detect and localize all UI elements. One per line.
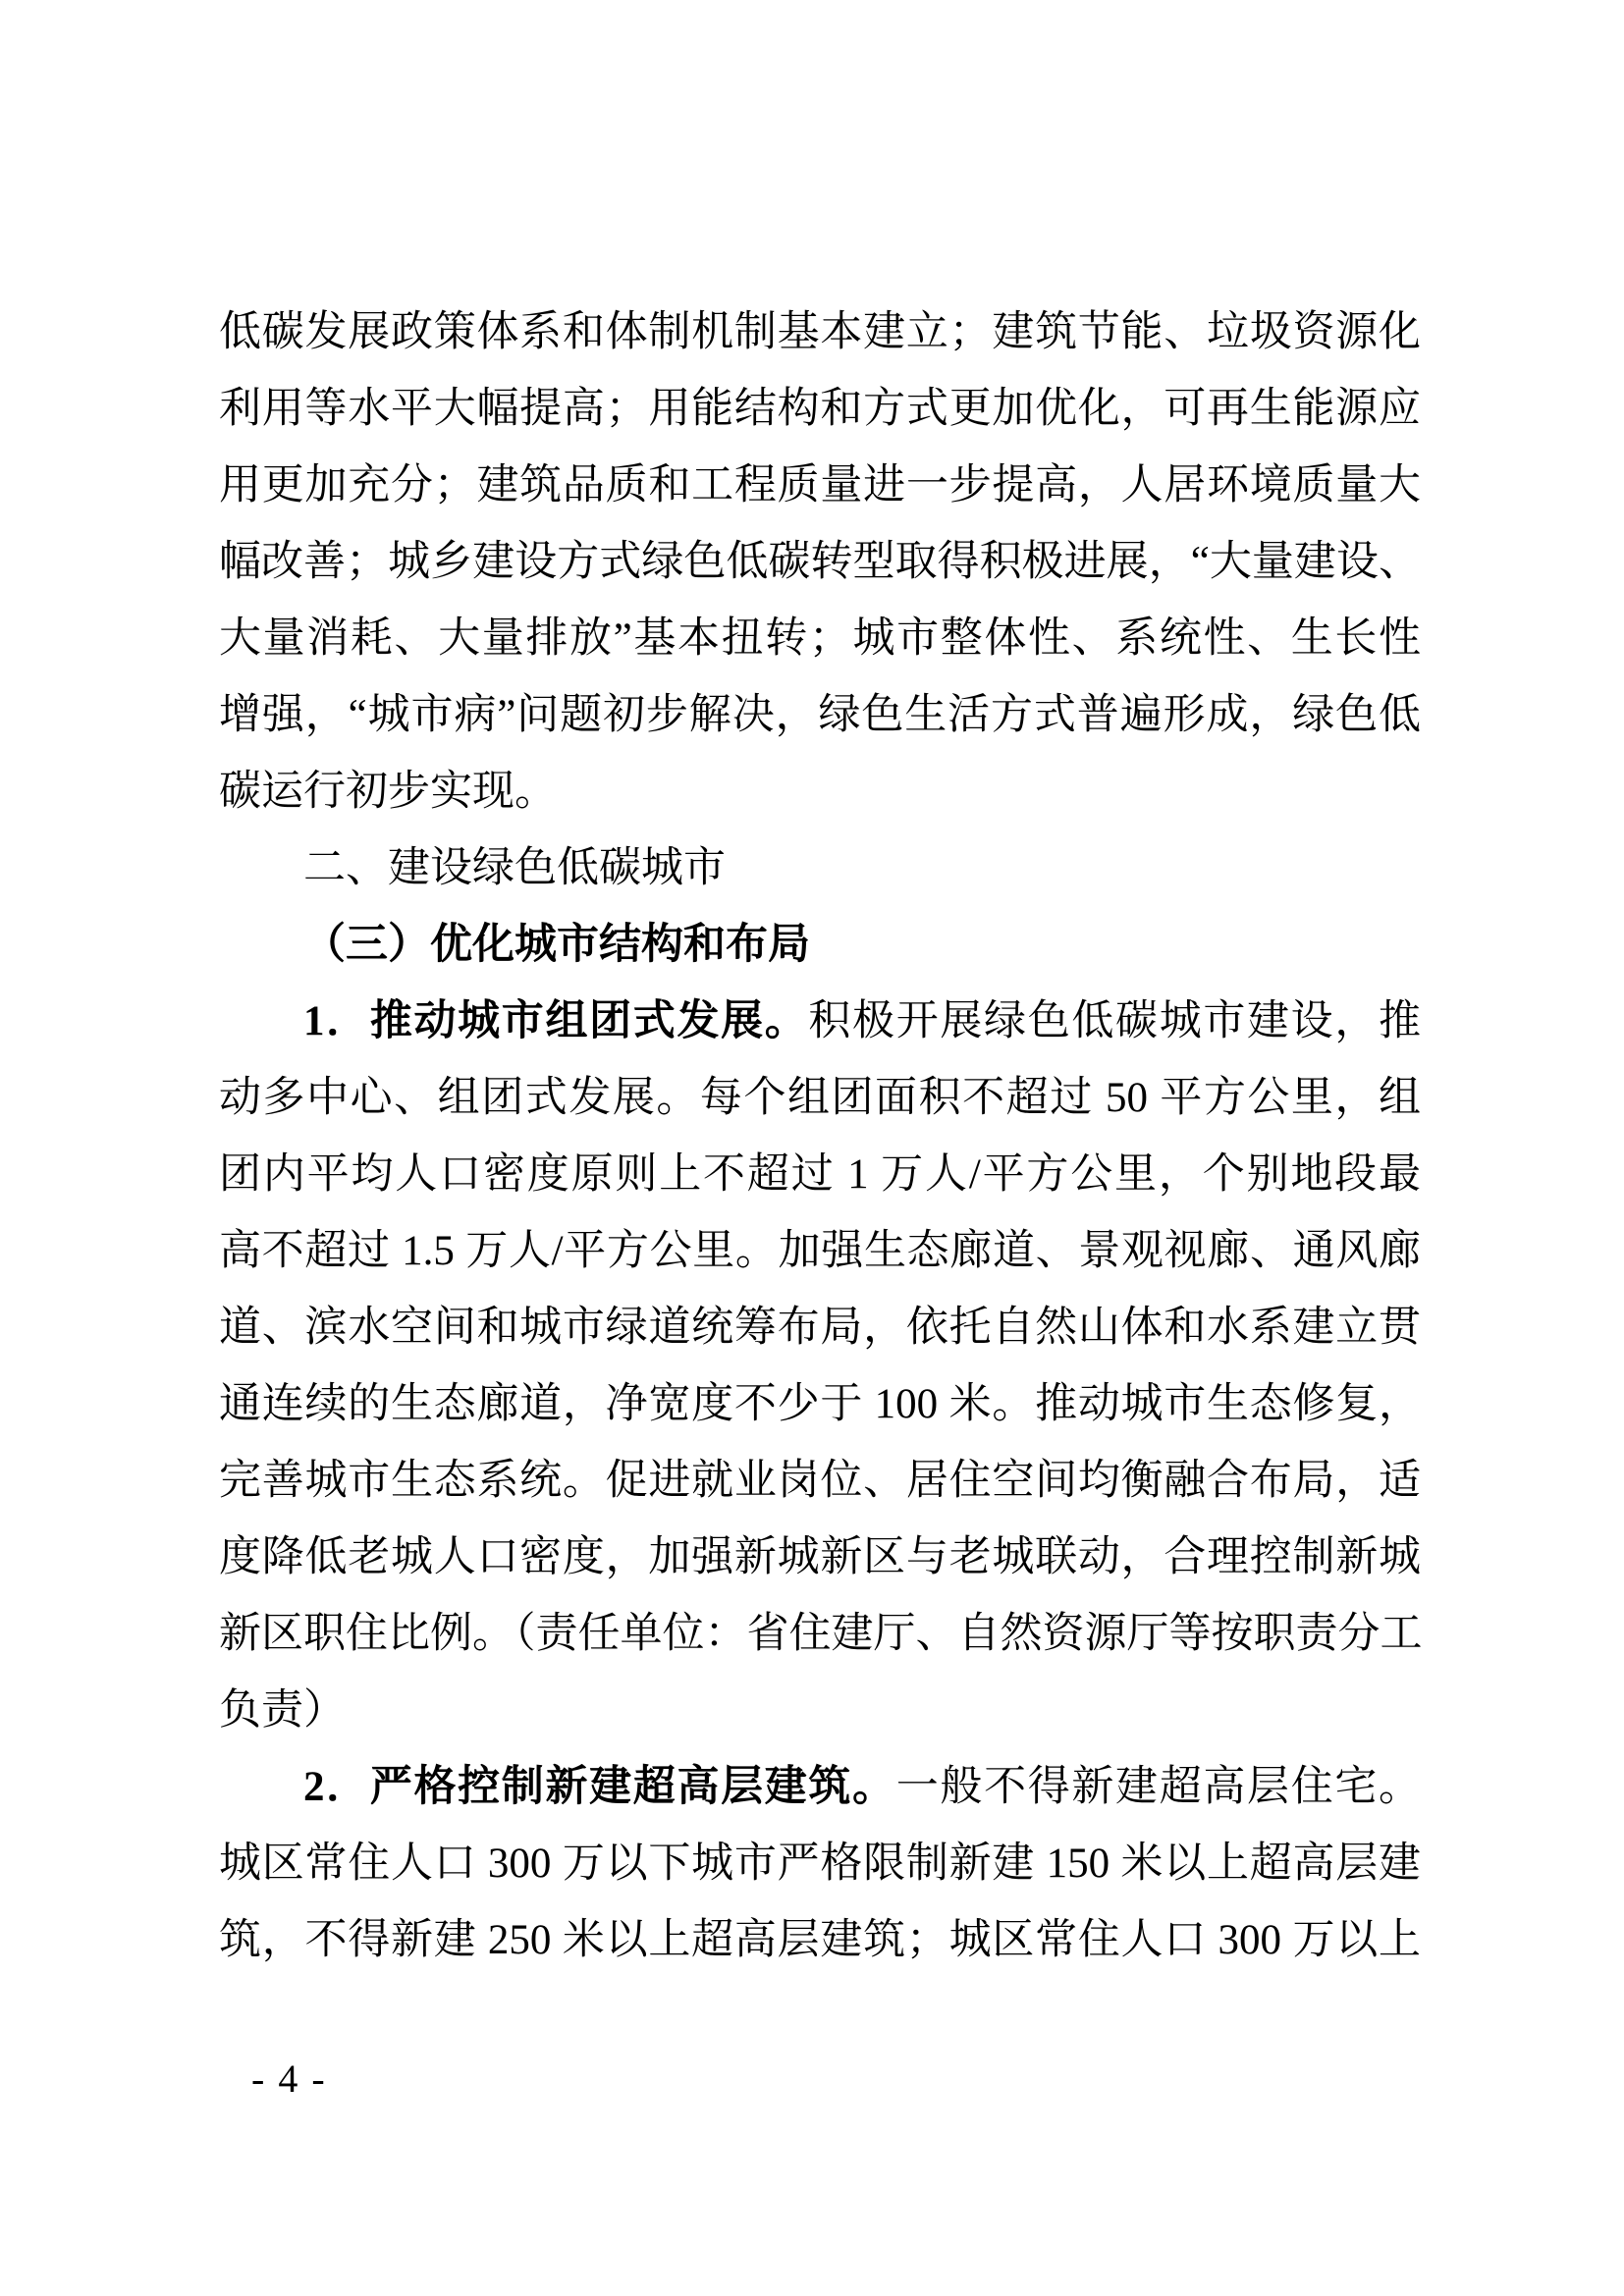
page-number: - 4 - bbox=[251, 2056, 327, 2103]
body-text: 积极开展绿色低碳城市建设，推 bbox=[808, 998, 1421, 1044]
body-text: 用更加充分；建筑品质和工程质量进一步提高，人居环境质量大 bbox=[219, 462, 1421, 508]
body-line: 增强，“城市病”问题初步解决，绿色生活方式普遍形成，绿色低 bbox=[219, 677, 1421, 754]
body-line: 道、滨水空间和城市绿道统筹布局，依托自然山体和水系建立贯 bbox=[219, 1290, 1421, 1366]
document-body: 低碳发展政策体系和体制机制基本建立；建筑节能、垃圾资源化 利用等水平大幅提高；用… bbox=[219, 294, 1421, 1979]
body-line: 城区常住人口 300 万以下城市严格限制新建 150 米以上超高层建 bbox=[219, 1826, 1421, 1902]
document-page: 低碳发展政策体系和体制机制基本建立；建筑节能、垃圾资源化 利用等水平大幅提高；用… bbox=[0, 0, 1624, 2296]
body-text: 新区职住比例。（责任单位：省住建厅、自然资源厅等按职责分工 bbox=[219, 1611, 1421, 1657]
body-line: 度降低老城人口密度，加强新城新区与老城联动，合理控制新城 bbox=[219, 1520, 1421, 1596]
body-line: 利用等水平大幅提高；用能结构和方式更加优化，可再生能源应 bbox=[219, 371, 1421, 448]
body-text: 高不超过 1.5 万人/平方公里。加强生态廊道、景观视廊、通风廊 bbox=[219, 1228, 1421, 1274]
subsection-heading-line: （三）优化城市结构和布局 bbox=[219, 907, 1421, 984]
body-line: 负责） bbox=[219, 1673, 1421, 1749]
body-text: 筑，不得新建 250 米以上超高层建筑；城区常住人口 300 万以上 bbox=[219, 1917, 1421, 1963]
body-text: 完善城市生态系统。促进就业岗位、居住空间均衡融合布局，适 bbox=[219, 1458, 1421, 1504]
section-heading-line: 二、建设绿色低碳城市 bbox=[219, 830, 1421, 907]
body-text: 利用等水平大幅提高；用能结构和方式更加优化，可再生能源应 bbox=[219, 386, 1421, 432]
body-line: 完善城市生态系统。促进就业岗位、居住空间均衡融合布局，适 bbox=[219, 1443, 1421, 1520]
body-line: 高不超过 1.5 万人/平方公里。加强生态廊道、景观视廊、通风廊 bbox=[219, 1213, 1421, 1290]
item-1-line: 1．推动城市组团式发展。积极开展绿色低碳城市建设，推 bbox=[219, 984, 1421, 1060]
body-line: 幅改善；城乡建设方式绿色低碳转型取得积极进展，“大量建设、 bbox=[219, 524, 1421, 601]
body-text: 动多中心、组团式发展。每个组团面积不超过 50 平方公里，组 bbox=[219, 1075, 1421, 1121]
body-text: 度降低老城人口密度，加强新城新区与老城联动，合理控制新城 bbox=[219, 1534, 1421, 1580]
body-line: 用更加充分；建筑品质和工程质量进一步提高，人居环境质量大 bbox=[219, 448, 1421, 524]
body-text: 团内平均人口密度原则上不超过 1 万人/平方公里，个别地段最 bbox=[219, 1151, 1421, 1198]
section-heading-text: 二、建设绿色低碳城市 bbox=[303, 845, 726, 891]
body-text: 幅改善；城乡建设方式绿色低碳转型取得积极进展，“大量建设、 bbox=[219, 539, 1421, 585]
item-2-line: 2．严格控制新建超高层建筑。一般不得新建超高层住宅。 bbox=[219, 1749, 1421, 1826]
body-text: 大量消耗、大量排放”基本扭转；城市整体性、系统性、生长性 bbox=[219, 615, 1421, 662]
item-1-heading-text: 1．推动城市组团式发展。 bbox=[303, 998, 808, 1044]
body-text: 增强，“城市病”问题初步解决，绿色生活方式普遍形成，绿色低 bbox=[219, 692, 1421, 738]
body-line: 团内平均人口密度原则上不超过 1 万人/平方公里，个别地段最 bbox=[219, 1137, 1421, 1213]
body-line: 筑，不得新建 250 米以上超高层建筑；城区常住人口 300 万以上 bbox=[219, 1902, 1421, 1979]
body-line: 低碳发展政策体系和体制机制基本建立；建筑节能、垃圾资源化 bbox=[219, 294, 1421, 371]
body-text: 道、滨水空间和城市绿道统筹布局，依托自然山体和水系建立贯 bbox=[219, 1305, 1421, 1351]
body-line: 碳运行初步实现。 bbox=[219, 754, 1421, 830]
item-2-heading-text: 2．严格控制新建超高层建筑。 bbox=[303, 1764, 896, 1810]
body-line: 通连续的生态廊道，净宽度不少于 100 米。推动城市生态修复， bbox=[219, 1366, 1421, 1443]
body-text: 碳运行初步实现。 bbox=[219, 769, 557, 815]
body-line: 大量消耗、大量排放”基本扭转；城市整体性、系统性、生长性 bbox=[219, 601, 1421, 677]
body-text: 通连续的生态廊道，净宽度不少于 100 米。推动城市生态修复， bbox=[219, 1381, 1421, 1427]
body-text: 城区常住人口 300 万以下城市严格限制新建 150 米以上超高层建 bbox=[219, 1841, 1421, 1887]
body-text: 负责） bbox=[219, 1687, 346, 1734]
body-text: 一般不得新建超高层住宅。 bbox=[896, 1764, 1421, 1810]
subsection-heading-text: （三）优化城市结构和布局 bbox=[303, 922, 810, 968]
body-line: 动多中心、组团式发展。每个组团面积不超过 50 平方公里，组 bbox=[219, 1060, 1421, 1137]
body-text: 低碳发展政策体系和体制机制基本建立；建筑节能、垃圾资源化 bbox=[219, 309, 1421, 355]
body-line: 新区职住比例。（责任单位：省住建厅、自然资源厅等按职责分工 bbox=[219, 1596, 1421, 1673]
